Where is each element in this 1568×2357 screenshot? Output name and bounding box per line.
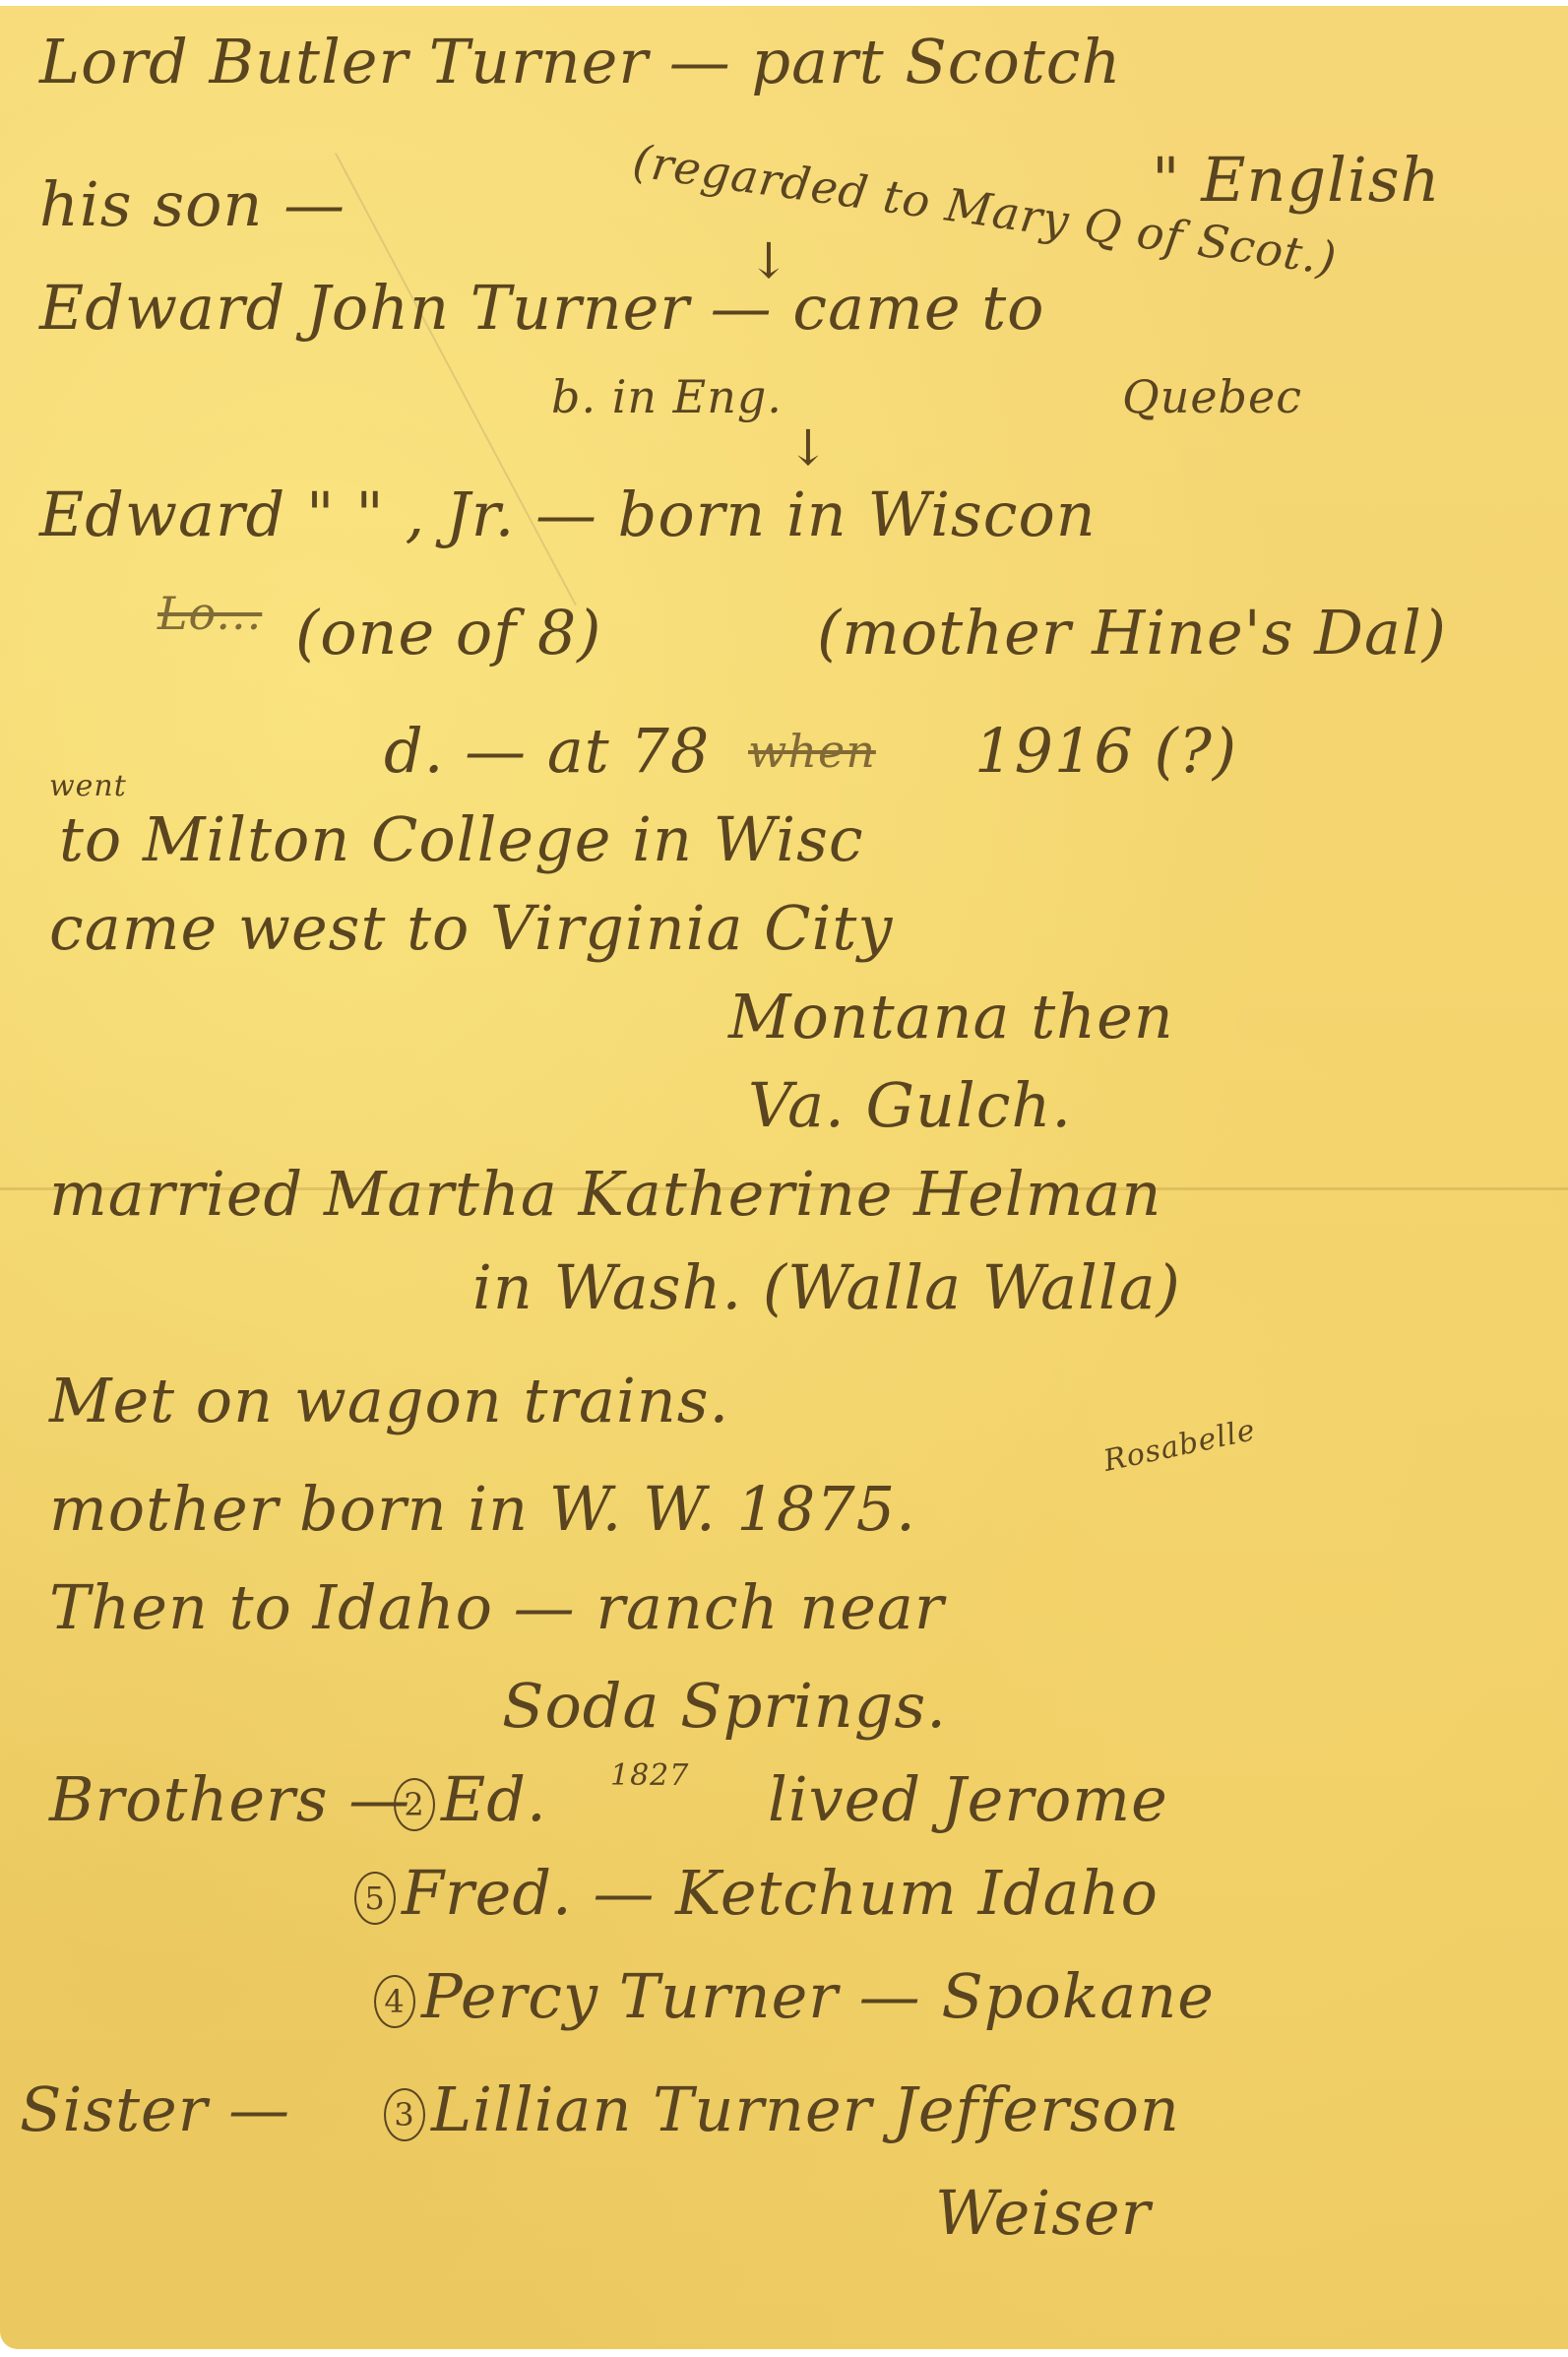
line-born-eng: b. in Eng. xyxy=(551,370,783,423)
line-milton: to Milton College in Wisc xyxy=(59,803,864,875)
circled-number: 2 xyxy=(394,1778,435,1831)
arrow-down-icon: ↓ xyxy=(787,419,830,477)
line-lived-jerome: lived Jerome xyxy=(768,1763,1168,1835)
line-brothers: Brothers — xyxy=(49,1763,410,1835)
circled-number: 4 xyxy=(374,1975,415,2028)
line-one-of-8: (one of 8) xyxy=(295,597,601,669)
line-lord-butler: Lord Butler Turner — part Scotch xyxy=(39,26,1121,97)
line-edward-jr: Edward " " , Jr. — born in Wiscon xyxy=(39,478,1097,550)
struck-word: Lo... xyxy=(157,587,262,640)
sister-lillian: 3Lillian Turner Jefferson xyxy=(384,2073,1180,2145)
line-edward-john: Edward John Turner — came to xyxy=(39,272,1044,344)
line-his-son: his son — xyxy=(39,168,345,240)
line-came-west: came west to Virginia City xyxy=(49,892,893,964)
line-va-gulch: Va. Gulch. xyxy=(748,1069,1072,1141)
brother-fred: 5Fred. — Ketchum Idaho xyxy=(354,1857,1159,1929)
line-married: married Martha Katherine Helman xyxy=(49,1158,1161,1230)
line-mother-born: mother born in W. W. 1875. xyxy=(49,1473,916,1545)
line-soda-springs: Soda Springs. xyxy=(502,1670,947,1742)
line-year: 1916 (?) xyxy=(974,715,1237,787)
circled-number: 3 xyxy=(384,2088,425,2141)
line-quebec: Quebec xyxy=(1122,370,1302,423)
line-sister: Sister — xyxy=(20,2073,290,2145)
line-weiser: Weiser xyxy=(935,2177,1151,2249)
line-wagon-trains: Met on wagon trains. xyxy=(49,1365,729,1436)
paper-sheet: Lord Butler Turner — part Scotch his son… xyxy=(0,6,1568,2349)
line-idaho: Then to Idaho — ranch near xyxy=(49,1571,945,1643)
line-ed-year: 1827 xyxy=(610,1758,689,1793)
brother-percy: 4Percy Turner — Spokane xyxy=(374,1960,1215,2032)
line-walla-walla: in Wash. (Walla Walla) xyxy=(472,1251,1181,1323)
line-died: d. — at 78 xyxy=(384,715,710,787)
line-rosabelle: Rosabelle xyxy=(1100,1413,1259,1479)
circled-number: 5 xyxy=(354,1872,396,1925)
line-went: went xyxy=(49,769,127,803)
line-english: " English xyxy=(1152,144,1441,216)
line-montana: Montana then xyxy=(728,981,1174,1052)
brother-ed: 2Ed. xyxy=(394,1763,547,1835)
struck-word: when xyxy=(748,725,876,778)
line-mother: (mother Hine's Dal) xyxy=(817,597,1447,669)
